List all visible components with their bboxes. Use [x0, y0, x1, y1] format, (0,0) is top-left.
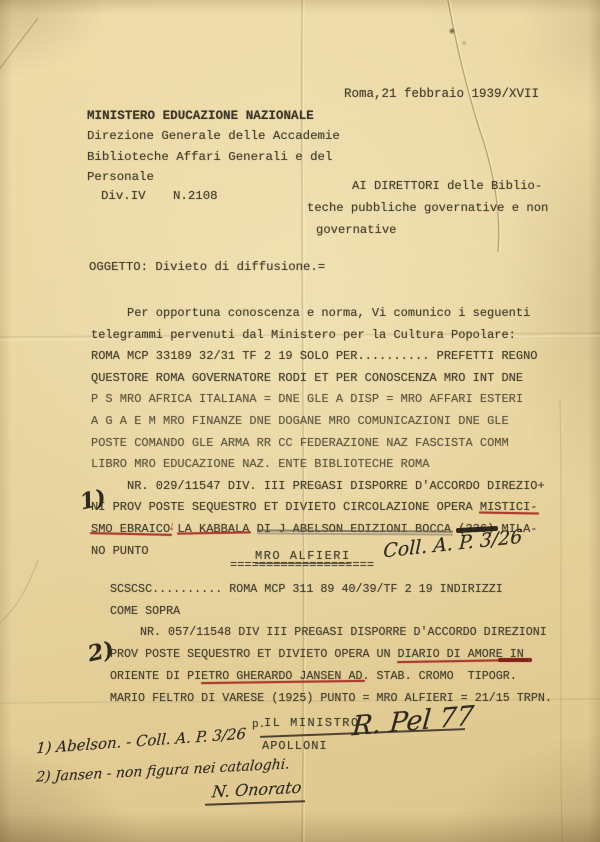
scanned-letter-page: Roma,21 febbraio 1939/XVII MINISTERO EDU…	[0, 0, 600, 842]
signature-underline	[205, 800, 305, 805]
letterhead-office: Biblioteche Affari Generali e del	[87, 147, 340, 167]
letterhead-personale: Personale	[87, 167, 340, 187]
body-line: POSTE COMANDO GLE ARMA RR CC FEDERAZIONE…	[91, 433, 545, 455]
red-underline-mark	[498, 658, 532, 662]
division-number: Div.IV	[101, 189, 146, 203]
letterhead-direction: Direzione Generale delle Accademie	[87, 126, 340, 146]
telegram-paragraph-1: Per opportuna conoscenza e norma, Vi com…	[91, 303, 545, 562]
body-line: QUESTORE ROMA GOVERNATORE RODI ET PER CO…	[91, 368, 545, 390]
protocol-number: N.2108	[173, 189, 218, 203]
letterhead: MINISTERO EDUCAZIONE NAZIONALE Direzione…	[87, 106, 340, 188]
bottom-signature: N. Onorato	[211, 778, 303, 802]
body-line: ORIENTE DI PIETRO GHERARDO JANSEN AD. ST…	[110, 666, 552, 688]
telegram-paragraph-2: SCSCSC.......... ROMA MCP 311 89 40/39/T…	[110, 579, 552, 709]
equals-rule: ====================	[230, 560, 374, 570]
margin-mark-1: 1)	[78, 485, 109, 516]
body-line: SCSCSC.......... ROMA MCP 311 89 40/39/T…	[110, 579, 552, 601]
recipient-line-1: AI DIRETTORI delle Biblio-	[352, 179, 542, 193]
typed-minister-name: APOLLONI	[262, 739, 328, 753]
body-line: ROMA MCP 33189 32/31 TF 2 19 SOLO PER...…	[91, 346, 545, 368]
body-line: A G A E M MRO FINANZE DNE DOGANE MRO COM…	[91, 411, 545, 433]
red-arrow-mark: ↓	[167, 519, 176, 535]
recipient-line-2: teche pubbliche governative e non	[307, 201, 548, 215]
date-line: Roma,21 febbraio 1939/XVII	[344, 87, 539, 101]
body-line: LIBRO MRO EDUCAZIONE NAZ. ENTE BIBLIOTEC…	[91, 454, 545, 476]
body-line: telegrammi pervenuti dal Ministero per l…	[91, 325, 545, 347]
letterhead-ministry: MINISTERO EDUCAZIONE NAZIONALE	[87, 106, 340, 126]
body-line: NR. 029/11547 DIV. III PREGASI DISPORRE …	[91, 476, 545, 498]
typed-minister-title: IL MINISTRO	[264, 716, 360, 730]
bottom-note-1: 1) Abelson. - Coll. A. P. 3/26	[36, 725, 247, 758]
body-line: COME SOPRA	[110, 601, 552, 623]
body-line: NR. 057/11548 DIV III PREGASI DISPORRE D…	[110, 622, 552, 644]
body-line: NI PROV POSTE SEQUESTRO ET DIVIETO CIRCO…	[91, 497, 545, 519]
body-line: P S MRO AFRICA ITALIANA = DNE GLE A DISP…	[91, 389, 545, 411]
body-line: Per opportuna conoscenza e norma, Vi com…	[91, 303, 545, 325]
recipient-line-3: governative	[316, 223, 396, 237]
subject-line: OGGETTO: Divieto di diffusione.=	[89, 260, 325, 274]
margin-mark-2: 2)	[86, 637, 117, 668]
body-line: MARIO FELTRO DI VARESE (1925) PUNTO = MR…	[110, 688, 552, 710]
body-line: PROV POSTE SEQUESTRO ET DIVIETO OPERA UN…	[110, 644, 552, 666]
